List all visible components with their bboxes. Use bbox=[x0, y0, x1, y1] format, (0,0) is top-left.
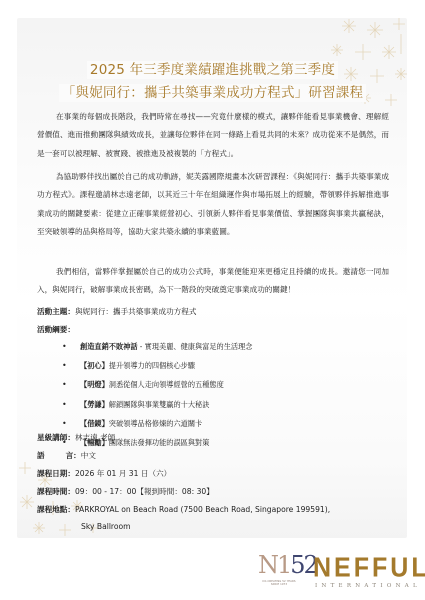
title-line-1: 2025 年三季度業績躍進挑戰之第三季度 bbox=[0, 58, 425, 78]
brand-logo: N152 CO-CREATING 52 YEARSSINCE 1973 NEFF… bbox=[258, 553, 418, 593]
venue-value: PARKROYAL on Beach Road (7500 Beach Road… bbox=[75, 505, 330, 514]
venue-row-2: Sky Ballroom bbox=[81, 522, 131, 531]
theme-row: 活動主題：與妮同行：攜手共築事業成功方程式 bbox=[37, 306, 196, 317]
international-wordmark: INTERNATIONAL bbox=[315, 583, 421, 589]
language-value: 中文 bbox=[81, 451, 96, 460]
language-row: 語言：中文 bbox=[37, 450, 96, 461]
theme-label: 活動主題： bbox=[37, 307, 75, 316]
outline-item: 【借鏡】突破領導品格修煉的六道關卡 bbox=[62, 414, 253, 433]
n152-logo: N152 bbox=[258, 553, 317, 577]
invitation-paragraph: 我們相信，當夥伴掌握屬於自己的成功公式時，事業便能迎來更穩定且持續的成長。邀請您… bbox=[37, 263, 389, 300]
intro-paragraph: 在事業的每個成長階段，我們時常在尋找——究竟什麼樣的模式，讓夥伴能看見事業機會、… bbox=[37, 108, 389, 163]
outline-item: 創造直銷不敗神話 - 實現美麗、健康與富足的生活理念 bbox=[62, 337, 253, 356]
venue-label: 課程地點： bbox=[37, 505, 75, 514]
time-value: 09：00 - 17：00【報到時間：08: 30】 bbox=[75, 487, 214, 496]
outline-label: 活動綱要： bbox=[37, 325, 75, 334]
outline-item: 【勞謙】解鎖團隊與事業雙贏的十大秘訣 bbox=[62, 395, 253, 414]
date-label: 課程日期： bbox=[37, 469, 75, 478]
title-line-2: 「與妮同行：攜手共築事業成功方程式」研習課程 bbox=[0, 81, 425, 101]
venue-row: 課程地點：PARKROYAL on Beach Road (7500 Beach… bbox=[37, 504, 330, 515]
date-row: 課程日期：2026 年 01 月 31 日（六） bbox=[37, 468, 171, 479]
time-row: 課程時間：09：00 - 17：00【報到時間：08: 30】 bbox=[37, 486, 214, 497]
lecturer-row: 星級講師：林志遠 老師 bbox=[37, 432, 115, 443]
outline-row: 活動綱要： bbox=[37, 324, 75, 335]
nefful-wordmark: NEFFUL bbox=[313, 553, 425, 582]
lecturer-label: 星級講師： bbox=[37, 433, 75, 442]
lecturer-value: 林志遠 老師 bbox=[75, 433, 115, 442]
n152-tagline: CO-CREATING 52 YEARSSINCE 1973 bbox=[258, 580, 300, 587]
theme-value: 與妮同行：攜手共築事業成功方程式 bbox=[75, 307, 197, 316]
time-label: 課程時間： bbox=[37, 487, 75, 496]
program-paragraph: 為協助夥伴找出屬於自己的成功軌跡，妮芙露國際規畫本次研習課程：《與妮同行：攜手共… bbox=[37, 168, 389, 241]
venue-value-2: Sky Ballroom bbox=[81, 522, 131, 531]
outline-item: 【明燈】洞悉從個人走向領導經營的五種態度 bbox=[62, 375, 253, 394]
date-value: 2026 年 01 月 31 日（六） bbox=[75, 469, 171, 478]
outline-item: 【初心】提升領導力的四個核心步驟 bbox=[62, 356, 253, 375]
